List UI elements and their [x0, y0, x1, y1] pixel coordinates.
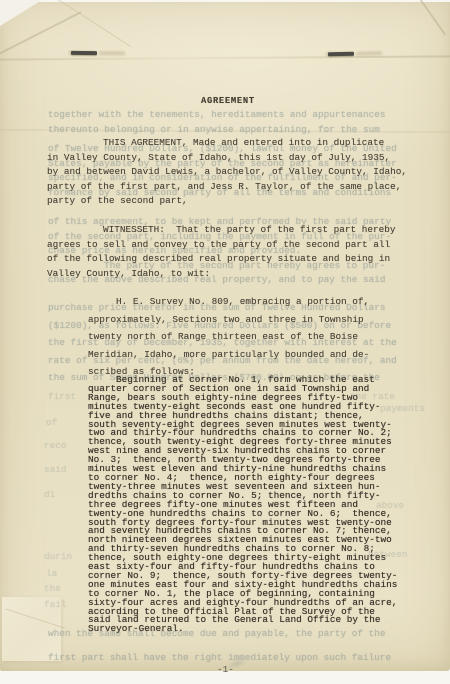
ghost-text-fragment: the	[44, 583, 61, 594]
paragraph-witnesseth: WITNESSETH: That the party of the first …	[47, 223, 396, 281]
document-title: AGREEMENT	[201, 96, 255, 106]
folded-corner	[0, 0, 42, 26]
paper-sheet: together with the tenements, hereditamen…	[0, 2, 450, 671]
horizontal-crease	[0, 129, 450, 133]
typed-line: twenty north of Range thirteen east of t…	[88, 328, 369, 346]
ghost-text-fragment: said	[44, 464, 67, 475]
paragraph-survey-description: H. E. Survey No. 809, embracing a portio…	[88, 293, 369, 381]
ghost-text-fragment: of	[46, 417, 57, 428]
paragraph-opening: THIS AGREEMENT, Made and entered into in…	[47, 136, 407, 209]
ghost-text-fragment: la	[46, 568, 57, 579]
ghost-text-fragment: durin	[44, 551, 72, 562]
typed-line: WITNESSETH: That the party of the first …	[47, 223, 396, 238]
ghost-text-line: together with the tenements, hereditamen…	[48, 109, 386, 120]
typed-line: H. E. Survey No. 809, embracing a portio…	[88, 293, 369, 311]
typed-line: Surveyor-General.	[88, 625, 397, 634]
paper-patch	[2, 597, 61, 661]
ghost-text-fragment: first	[48, 391, 76, 402]
typed-line: party of the first part, and Jess R. Tay…	[47, 180, 407, 195]
typed-line: agrees to sell and convey to the party o…	[47, 238, 396, 253]
paragraph-metes-and-bounds: Beginning at corner No. 1, form which th…	[88, 376, 397, 634]
corner-crease	[400, 0, 446, 35]
staple-mark-left	[71, 51, 97, 55]
typed-line: approximately, Sections two and three in…	[88, 311, 369, 329]
ghost-text-fragment: reco	[44, 440, 67, 451]
staple-mark-right	[328, 52, 354, 56]
page-number: -1-	[217, 664, 234, 675]
typed-line: by and between David Lewis, a bachelor, …	[47, 165, 407, 180]
typed-line: in Valley County, State of Idaho, this 1…	[47, 151, 407, 166]
ghost-text-line: first part shall have the right immediat…	[48, 652, 391, 663]
scanned-document-page: together with the tenements, hereditamen…	[0, 0, 450, 684]
typed-line: of the following described real property…	[47, 252, 396, 267]
typed-line: Meridian, Idaho, more particularly bound…	[88, 346, 369, 364]
typed-line: THIS AGREEMENT, Made and entered into in…	[47, 136, 407, 151]
horizontal-crease	[0, 55, 450, 60]
ghost-text-fragment: di	[44, 489, 55, 500]
typed-line: party of the second part,	[47, 194, 407, 209]
typed-line: Valley County, Idaho, to wit:	[47, 267, 396, 282]
